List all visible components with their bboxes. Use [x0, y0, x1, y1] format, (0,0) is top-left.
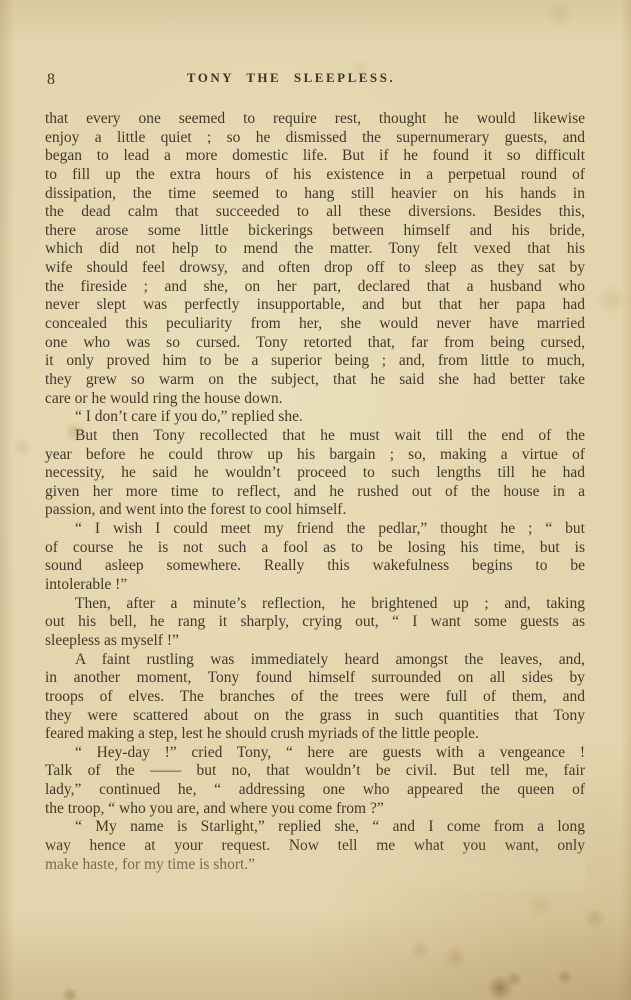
text-line: “ I wish I could meet my friend the pedl… [45, 520, 585, 539]
text-line: But then Tony recollected that he must w… [45, 427, 585, 446]
text-line: sleepless as myself !” [45, 632, 585, 651]
paragraph: Then, after a minute’s reflection, he br… [45, 595, 585, 651]
text-line: care or he would ring the house down. [45, 390, 585, 409]
text-line: “ I don’t care if you do,” replied she. [45, 408, 585, 427]
book-page: 8 TONY THE SLEEPLESS. that every one see… [0, 0, 631, 1000]
text-line: way hence at your request. Now tell me w… [45, 837, 585, 856]
text-line: to fill up the extra hours of his existe… [45, 166, 585, 185]
text-line: began to lead a more domestic life. But … [45, 147, 585, 166]
running-title: TONY THE SLEEPLESS. [21, 70, 561, 86]
text-line: that every one seemed to require rest, t… [45, 110, 585, 129]
text-line: out his bell, he rang it sharply, crying… [45, 613, 585, 632]
text-line: there arose some little bickerings betwe… [45, 222, 585, 241]
text-line: make haste, for my time is short.” [45, 856, 585, 875]
paragraph: “ I wish I could meet my friend the pedl… [45, 520, 585, 595]
page-text: that every one seemed to require rest, t… [45, 110, 585, 874]
paragraph: But then Tony recollected that he must w… [45, 427, 585, 520]
text-line: “ Hey-day !” cried Tony, “ here are gues… [45, 744, 585, 763]
text-line: in another moment, Tony found himself su… [45, 669, 585, 688]
text-line: concealed this peculiarity from her, she… [45, 315, 585, 334]
text-line: A faint rustling was immediately heard a… [45, 651, 585, 670]
text-line: intolerable !” [45, 576, 585, 595]
text-line: it only proved him to be a superior bein… [45, 352, 585, 371]
paragraph: “ Hey-day !” cried Tony, “ here are gues… [45, 744, 585, 819]
text-line: dissipation, the time seemed to hang sti… [45, 185, 585, 204]
text-line: necessity, he said he wouldn’t proceed t… [45, 464, 585, 483]
text-line: the fireside ; and she, on her part, dec… [45, 278, 585, 297]
paragraph: “ I don’t care if you do,” replied she. [45, 408, 585, 427]
text-line: given her more time to reflect, and he r… [45, 483, 585, 502]
paragraph: “ My name is Starlight,” replied she, “ … [45, 818, 585, 874]
text-line: feared making a step, lest he should cru… [45, 725, 585, 744]
text-line: enjoy a little quiet ; so he dismissed t… [45, 129, 585, 148]
text-line: wife should feel drowsy, and often drop … [45, 259, 585, 278]
text-line: lady,” continued he, “ addressing one wh… [45, 781, 585, 800]
text-line: “ My name is Starlight,” replied she, “ … [45, 818, 585, 837]
text-line: the dead calm that succeeded to all thes… [45, 203, 585, 222]
page-header: 8 TONY THE SLEEPLESS. [45, 70, 585, 90]
text-line: of course he is not such a fool as to be… [45, 539, 585, 558]
text-line: never slept was perfectly insupportable,… [45, 296, 585, 315]
text-line: Talk of the —— but no, that wouldn’t be … [45, 762, 585, 781]
text-line: troops of elves. The branches of the tre… [45, 688, 585, 707]
text-line: year before he could throw up his bargai… [45, 446, 585, 465]
text-line: sound asleep somewhere. Really this wake… [45, 557, 585, 576]
text-line: they were scattered about on the grass i… [45, 707, 585, 726]
paragraph: that every one seemed to require rest, t… [45, 110, 585, 408]
text-line: one who was so cursed. Tony retorted tha… [45, 334, 585, 353]
paragraph: A faint rustling was immediately heard a… [45, 651, 585, 744]
text-line: they grew so warm on the subject, that h… [45, 371, 585, 390]
text-line: passion, and went into the forest to coo… [45, 501, 585, 520]
text-line: the troop, “ who you are, and where you … [45, 800, 585, 819]
text-line: which did not help to mend the matter. T… [45, 240, 585, 259]
text-line: Then, after a minute’s reflection, he br… [45, 595, 585, 614]
